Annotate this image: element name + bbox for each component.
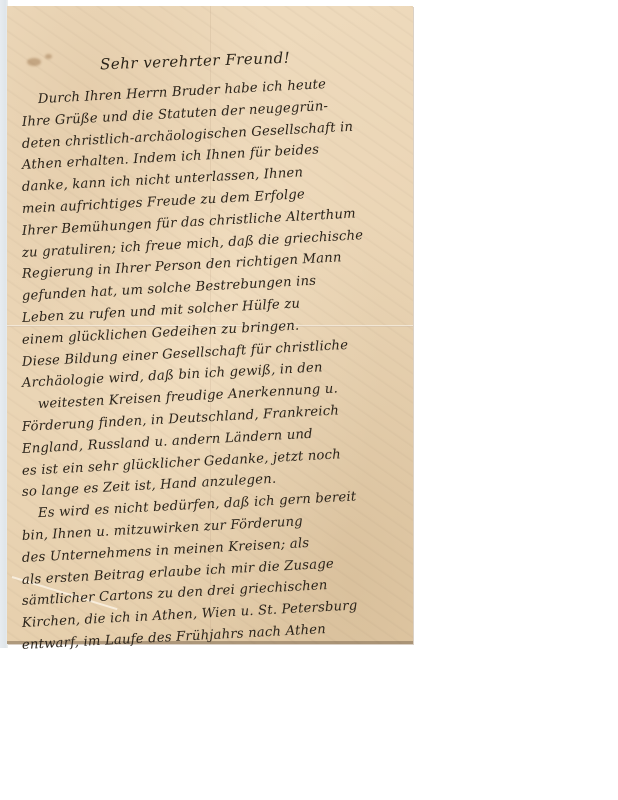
ink-stain: [45, 54, 52, 59]
ink-stain: [27, 58, 41, 66]
scan-viewport: Sehr verehrter Freund! Durch Ihren Herrn…: [0, 0, 618, 800]
letter-body: Durch Ihren Herrn Bruder habe ich heute …: [22, 90, 407, 657]
